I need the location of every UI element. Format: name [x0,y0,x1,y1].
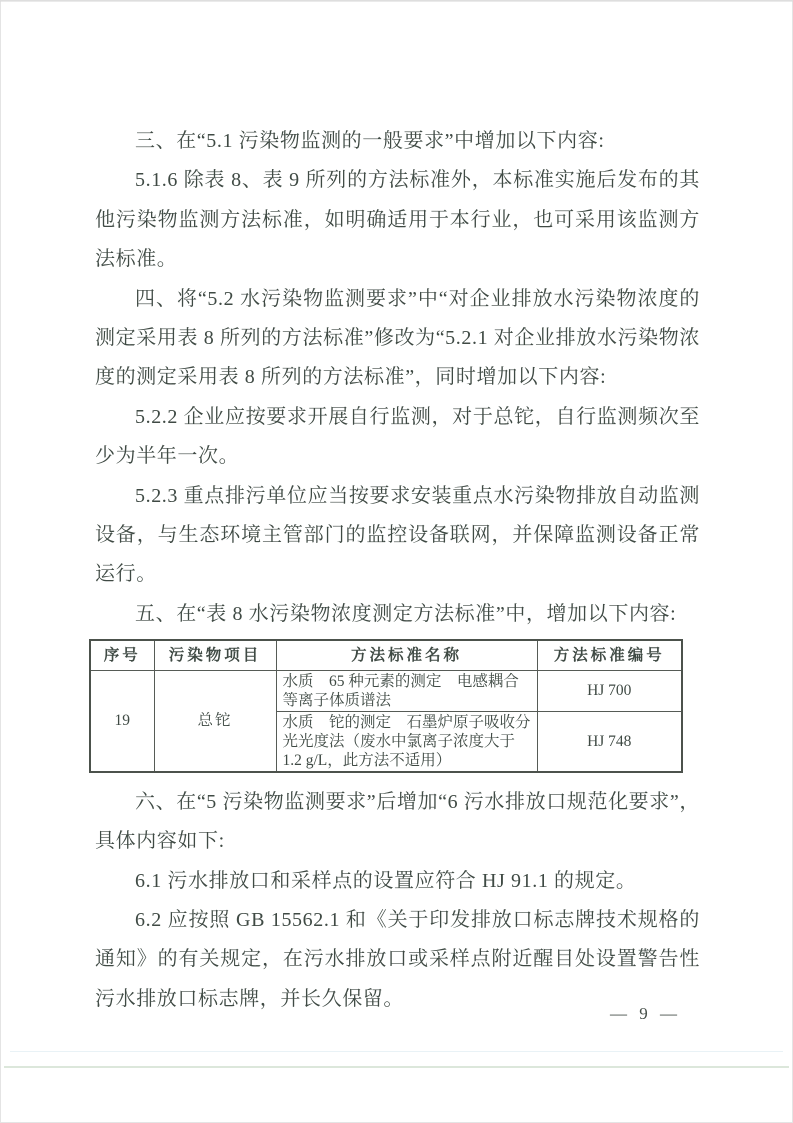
table-header-pollutant-item: 污染物项目 [154,640,276,670]
table-header-serial-no: 序号 [90,640,154,670]
method-standards-table: 序号 污染物项目 方法标准名称 方法标准编号 19 总铊 水质 65 种元素的测… [89,639,683,773]
paragraph-section-four: 四、将“5.2 水污染物监测要求”中“对企业排放水污染物浓度的测定采用表 8 所… [95,280,700,398]
paragraph-section-five: 五、在“表 8 水污染物浓度测定方法标准”中，增加以下内容: [95,595,700,634]
scan-artifact-line-faint [10,1051,783,1052]
paragraph-section-three: 三、在“5.1 污染物监测的一般要求”中增加以下内容: [95,122,700,161]
scan-artifact-line [4,1066,789,1068]
paragraph-section-six: 六、在“5 污染物监测要求”后增加“6 污水排放口规范化要求”，具体内容如下: [95,783,700,862]
paragraph-6-1: 6.1 污水排放口和采样点的设置应符合 HJ 91.1 的规定。 [95,862,700,901]
page-number: — 9 — [610,1004,681,1024]
document-body: 三、在“5.1 污染物监测的一般要求”中增加以下内容: 5.1.6 除表 8、表… [95,122,700,1019]
cell-serial-no: 19 [90,670,154,772]
table-header-method-standard-name: 方法标准名称 [276,640,537,670]
scan-top-edge-artifact [0,0,793,2]
cell-pollutant: 总铊 [154,670,276,772]
table-header-method-standard-code: 方法标准编号 [537,640,682,670]
paragraph-5-2-3: 5.2.3 重点排污单位应当按要求安装重点水污染物排放自动监测设备，与生态环境主… [95,477,700,595]
table-header-row: 序号 污染物项目 方法标准名称 方法标准编号 [90,640,682,670]
paragraph-6-2: 6.2 应按照 GB 15562.1 和《关于印发排放口标志牌技术规格的通知》的… [95,901,700,1019]
table-row-method-1: 19 总铊 水质 65 种元素的测定 电感耦合等离子体质谱法 HJ 700 [90,670,682,711]
paragraph-5-1-6: 5.1.6 除表 8、表 9 所列的方法标准外，本标准实施后发布的其他污染物监测… [95,161,700,279]
cell-method-code-1: HJ 700 [537,670,682,711]
cell-method-name-1: 水质 65 种元素的测定 电感耦合等离子体质谱法 [276,670,537,711]
paragraph-5-2-2: 5.2.2 企业应按要求开展自行监测，对于总铊，自行监测频次至少为半年一次。 [95,398,700,477]
cell-method-name-2: 水质 铊的测定 石墨炉原子吸收分光光度法（废水中氯离子浓度大于 1.2 g/L，… [276,711,537,772]
cell-method-code-2: HJ 748 [537,711,682,772]
